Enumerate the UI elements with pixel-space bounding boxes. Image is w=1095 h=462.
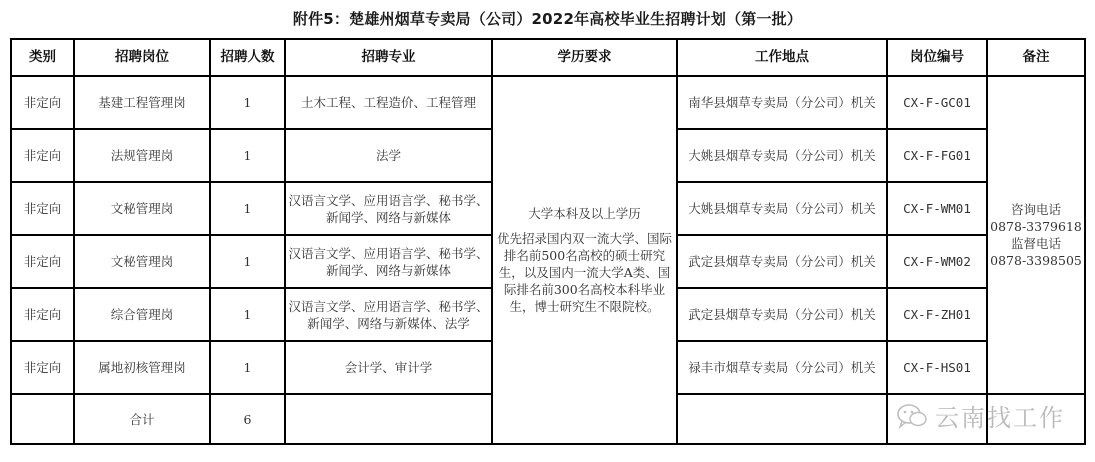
cell-count: 1 — [210, 235, 285, 288]
cell-category-empty — [11, 394, 74, 444]
education-level: 大学本科及以上学历 — [495, 205, 674, 222]
cell-count: 1 — [210, 129, 285, 182]
cell-code: CX-F-HS01 — [887, 341, 987, 394]
cell-major: 汉语言文学、应用语言学、秘书学、新闻学、网络与新媒体、法学 — [285, 288, 492, 341]
document-title: 附件5：楚雄州烟草专卖局（公司）2022年高校毕业生招聘计划（第一批） — [0, 8, 1095, 29]
cell-location: 大姚县烟草专卖局（分公司）机关 — [677, 182, 887, 235]
cell-position: 基建工程管理岗 — [74, 76, 210, 129]
cell-code: CX-F-GC01 — [887, 76, 987, 129]
header-category: 类别 — [11, 39, 74, 76]
cell-location: 大姚县烟草专卖局（分公司）机关 — [677, 129, 887, 182]
cell-major: 土木工程、工程造价、工程管理 — [285, 76, 492, 129]
header-major: 招聘专业 — [285, 39, 492, 76]
total-count: 6 — [210, 394, 285, 444]
cell-code-empty — [887, 394, 987, 444]
cell-category: 非定向 — [11, 341, 74, 394]
cell-position: 文秘管理岗 — [74, 182, 210, 235]
consult-phone-label: 咨询电话 — [990, 201, 1082, 218]
cell-major: 汉语言文学、应用语言学、秘书学、新闻学、网络与新媒体 — [285, 182, 492, 235]
header-location: 工作地点 — [677, 39, 887, 76]
consult-phone: 0878-3379618 — [990, 218, 1082, 235]
cell-remarks: 咨询电话 0878-3379618 监督电话 0878-3398505 — [987, 76, 1085, 394]
cell-major: 会计学、审计学 — [285, 341, 492, 394]
cell-count: 1 — [210, 288, 285, 341]
recruitment-plan-table: 类别 招聘岗位 招聘人数 招聘专业 学历要求 工作地点 岗位编号 备注 非定向 … — [10, 38, 1086, 445]
cell-count: 1 — [210, 182, 285, 235]
cell-category: 非定向 — [11, 235, 74, 288]
cell-count: 1 — [210, 76, 285, 129]
cell-category: 非定向 — [11, 182, 74, 235]
cell-major-empty — [285, 394, 492, 444]
header-count: 招聘人数 — [210, 39, 285, 76]
header-education: 学历要求 — [492, 39, 677, 76]
cell-category: 非定向 — [11, 76, 74, 129]
cell-code: CX-F-WM01 — [887, 182, 987, 235]
cell-education-requirement: 大学本科及以上学历 优先招录国内双一流大学、国际排名前500名高校的硕士研究生，… — [492, 76, 677, 444]
cell-position: 法规管理岗 — [74, 129, 210, 182]
cell-location: 南华县烟草专卖局（分公司）机关 — [677, 76, 887, 129]
cell-major: 汉语言文学、应用语言学、秘书学、新闻学、网络与新媒体 — [285, 235, 492, 288]
cell-code: CX-F-FG01 — [887, 129, 987, 182]
header-position: 招聘岗位 — [74, 39, 210, 76]
cell-count: 1 — [210, 341, 285, 394]
total-label: 合计 — [74, 394, 210, 444]
header-remarks: 备注 — [987, 39, 1085, 76]
education-priority: 优先招录国内双一流大学、国际排名前500名高校的硕士研究生，以及国内一流大学A类… — [497, 231, 672, 314]
cell-category: 非定向 — [11, 288, 74, 341]
table-header-row: 类别 招聘岗位 招聘人数 招聘专业 学历要求 工作地点 岗位编号 备注 — [11, 39, 1085, 76]
supervise-phone: 0878-3398505 — [990, 252, 1082, 269]
supervise-phone-label: 监督电话 — [990, 235, 1082, 252]
cell-remarks-empty — [987, 394, 1085, 444]
cell-major: 法学 — [285, 129, 492, 182]
cell-location: 武定县烟草专卖局（分公司）机关 — [677, 288, 887, 341]
cell-position: 文秘管理岗 — [74, 235, 210, 288]
cell-location: 禄丰市烟草专卖局（分公司）机关 — [677, 341, 887, 394]
cell-code: CX-F-WM02 — [887, 235, 987, 288]
cell-location-empty — [677, 394, 887, 444]
cell-category: 非定向 — [11, 129, 74, 182]
cell-position: 属地初核管理岗 — [74, 341, 210, 394]
cell-position: 综合管理岗 — [74, 288, 210, 341]
table-row: 非定向 基建工程管理岗 1 土木工程、工程造价、工程管理 大学本科及以上学历 优… — [11, 76, 1085, 129]
header-code: 岗位编号 — [887, 39, 987, 76]
cell-location: 武定县烟草专卖局（分公司）机关 — [677, 235, 887, 288]
cell-code: CX-F-ZH01 — [887, 288, 987, 341]
